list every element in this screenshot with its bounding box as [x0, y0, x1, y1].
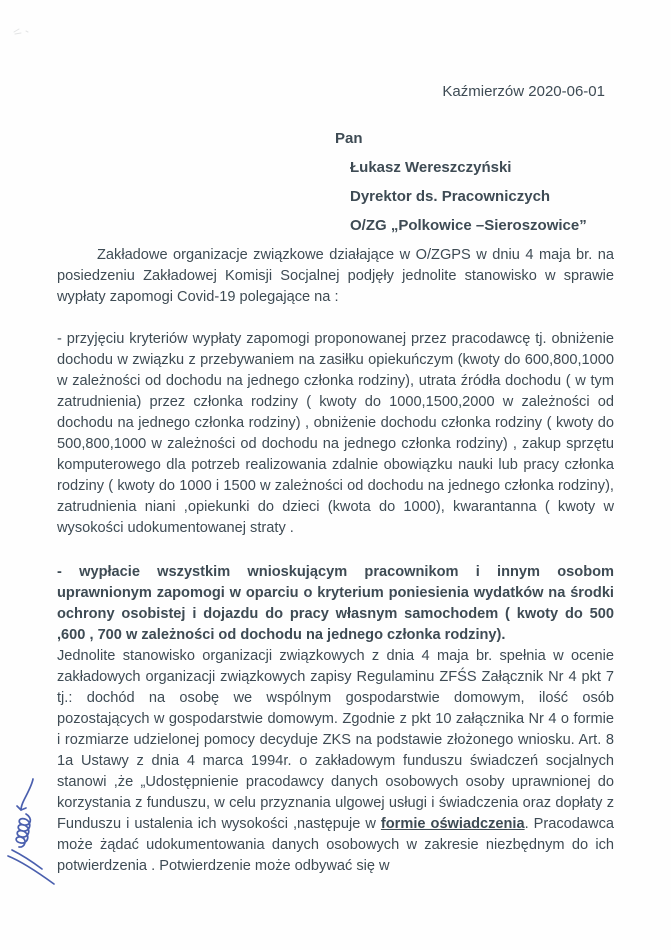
- recipient-title: Dyrektor ds. Pracowniczych: [350, 189, 671, 204]
- date-line: Kaźmierzów 2020-06-01: [0, 0, 671, 101]
- handwritten-signature: [2, 776, 64, 892]
- criteria-paragraph: - przyjęciu kryteriów wypłaty zapomogi p…: [57, 329, 614, 539]
- recipient-organization: O/ZG „Polkowice –Sieroszowice”: [350, 218, 671, 233]
- letter-body: Zakładowe organizacje związkowe działają…: [57, 245, 614, 877]
- closing-text-before: Jednolite stanowisko organizacji związko…: [57, 648, 614, 832]
- scanned-letter-page: Kaźmierzów 2020-06-01 Pan Łukasz Wereszc…: [0, 0, 671, 950]
- recipient-block: Pan Łukasz Wereszczyński Dyrektor ds. Pr…: [335, 131, 671, 233]
- intro-paragraph: Zakładowe organizacje związkowe działają…: [57, 245, 614, 308]
- recipient-name: Łukasz Wereszczyński: [350, 160, 671, 175]
- scan-artifact: [12, 26, 34, 38]
- recipient-salutation: Pan: [335, 131, 671, 146]
- payment-bold-paragraph: - wypłacie wszystkim wnioskującym pracow…: [57, 562, 614, 646]
- closing-paragraph: Jednolite stanowisko organizacji związko…: [57, 646, 614, 877]
- closing-emphasis-text: formie oświadczenia: [381, 816, 525, 832]
